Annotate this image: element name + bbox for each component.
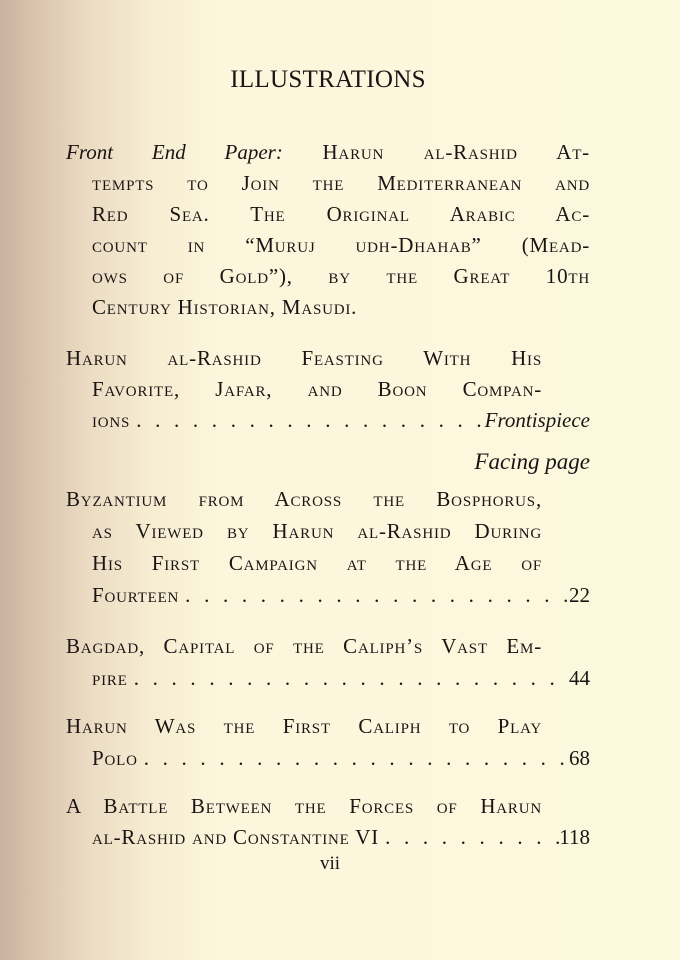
page-ref: 118 — [559, 823, 590, 852]
entry-leader-row: pire . . . . . . . . . . . . . . . . . .… — [92, 664, 590, 693]
entry-line: Front End Paper: Harun al-Rashid At- — [66, 138, 590, 167]
entry-line: Byzantium from Across the Bosphorus, — [66, 485, 542, 514]
entry-line: tempts to Join the Mediterranean and — [92, 169, 590, 198]
page-title: ILLUSTRATIONS — [0, 66, 656, 94]
entry-line: Favorite, Jafar, and Boon Compan- — [92, 375, 542, 404]
page-ref: 44 — [569, 664, 590, 693]
entry-line: Century Historian, Masudi. — [92, 293, 357, 322]
entry-line: ows of Gold”), by the Great 10th — [92, 262, 590, 291]
dot-leader: . . . . . . . . . . . . . . . . . . . . … — [379, 823, 559, 852]
page-ref: Frontispiece — [485, 406, 590, 435]
dot-leader: . . . . . . . . . . . . . . . . . . . . … — [138, 744, 569, 773]
entry-leader-row: ions . . . . . . . . . . . . . . . . . .… — [92, 406, 590, 435]
dot-leader: . . . . . . . . . . . . . . . . . . . . … — [128, 664, 569, 693]
entry-line: His First Campaign at the Age of — [92, 549, 542, 578]
entry-line: Bagdad, Capital of the Caliph’s Vast Em- — [66, 632, 542, 661]
entry-line: Harun al-Rashid Feasting With His — [66, 344, 542, 373]
front-end-paper-label: Front End Paper: — [66, 140, 283, 164]
entry-leader-row: Fourteen . . . . . . . . . . . . . . . .… — [92, 581, 590, 610]
facing-page-label: Facing page — [474, 449, 590, 475]
entry-line: A Battle Between the Forces of Harun — [66, 792, 542, 821]
entry-leader-row: al-Rashid and Constantine VI . . . . . .… — [92, 823, 590, 852]
entry-line: Red Sea. The Original Arabic Ac- — [92, 200, 590, 229]
entry-line: count in “Muruj udh-Dhahab” (Mead- — [92, 231, 590, 260]
book-page: ILLUSTRATIONS Front End Paper: Harun al-… — [0, 0, 680, 960]
page-ref: 68 — [569, 744, 590, 773]
dot-leader: . . . . . . . . . . . . . . . . . . . . … — [130, 406, 484, 435]
dot-leader: . . . . . . . . . . . . . . . . . . . . … — [179, 581, 569, 610]
entry-leader-row: Polo . . . . . . . . . . . . . . . . . .… — [92, 744, 590, 773]
entry-line: Harun Was the First Caliph to Play — [66, 712, 542, 741]
page-ref: 22 — [569, 581, 590, 610]
entry-line: as Viewed by Harun al-Rashid During — [92, 517, 542, 546]
page-number: vii — [0, 853, 660, 875]
